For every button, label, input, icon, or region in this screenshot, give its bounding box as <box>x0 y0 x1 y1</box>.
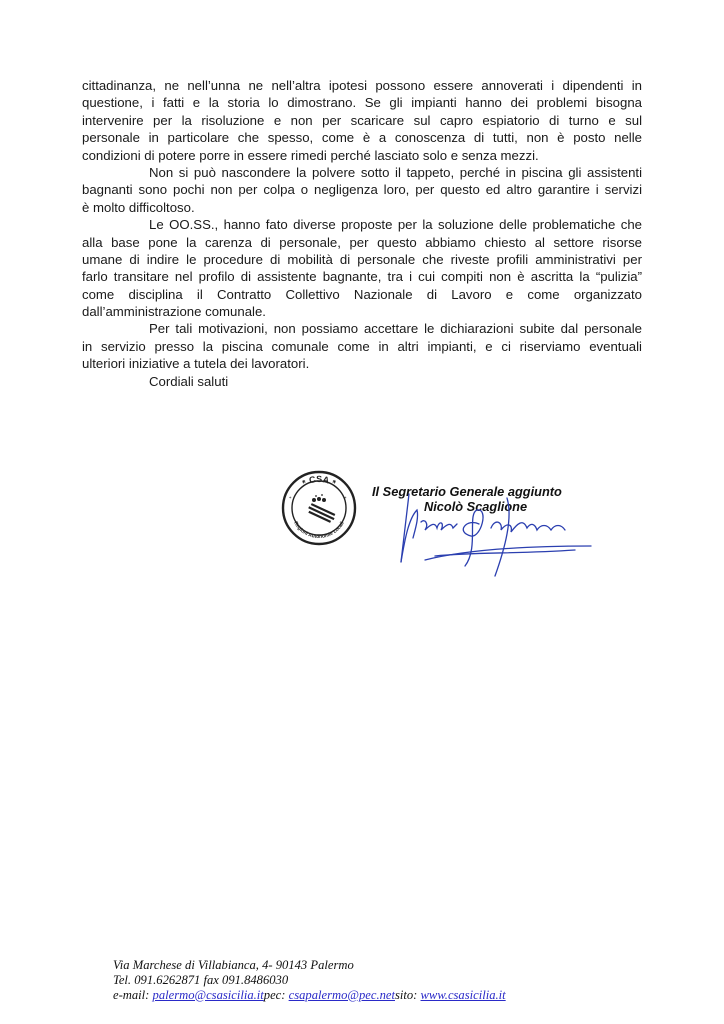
pec-link[interactable]: csapalermo@pec.net <box>289 988 395 1002</box>
paragraph-line: Cordiali saluti <box>82 373 642 390</box>
svg-text:*: * <box>289 497 292 502</box>
footer-address: Via Marchese di Villabianca, 4- 90143 Pa… <box>113 958 506 973</box>
paragraph-line: bagnanti sono pochi non per colpa o negl… <box>82 181 642 198</box>
paragraph-line: Non si può nascondere la polvere sotto i… <box>82 164 642 181</box>
footer-contacts: e-mail: palermo@csasicilia.itpec: csapal… <box>113 988 506 1003</box>
paragraph-line: umane di indire le procedure di mobilità… <box>82 251 642 268</box>
handwritten-signature-icon <box>395 488 595 578</box>
svg-text:*: * <box>344 497 347 502</box>
paragraph-line: ulteriori iniziative a tutela dei lavora… <box>82 355 642 372</box>
paragraph-line: condizioni di potere porre in essere rim… <box>82 147 642 164</box>
paragraph-line: Per tali motivazioni, non possiamo accet… <box>82 320 642 337</box>
site-label: sito: <box>395 988 421 1002</box>
paragraph-line: è molto difficoltoso. <box>82 199 642 216</box>
paragraph-line: questione, i fatti e la storia lo dimost… <box>82 94 642 111</box>
paragraph-line: cittadinanza, ne nell’unna ne nell’altra… <box>82 77 642 94</box>
letterhead-footer: Via Marchese di Villabianca, 4- 90143 Pa… <box>113 958 506 1002</box>
paragraph-line: in servizio presso la piscina comunale c… <box>82 338 642 355</box>
paragraph-line: Le OO.SS., hanno fato diverse proposte p… <box>82 216 642 233</box>
csa-stamp-icon: * CSA * Regioni Autonomie Locali * * <box>281 470 357 546</box>
svg-text:* CSA *: * CSA * <box>300 474 338 488</box>
footer-phone: Tel. 091.6262871 fax 091.8486030 <box>113 973 506 988</box>
site-link[interactable]: www.csasicilia.it <box>421 988 506 1002</box>
paragraph-line: personale in particolare che spesso, com… <box>82 129 642 146</box>
paragraph-line: alla base pone la carenza di personale, … <box>82 234 642 251</box>
letter-page: cittadinanza, ne nell’unna ne nell’altra… <box>0 0 724 1024</box>
paragraph-line: intervenire per la risoluzione e non per… <box>82 112 642 129</box>
paragraph-line: dall’amministrazione comunale. <box>82 303 642 320</box>
email-label: e-mail: <box>113 988 153 1002</box>
paragraph-line: farlo transitare nel profilo di assisten… <box>82 268 642 285</box>
paragraph-line: come disciplina il Contratto Collettivo … <box>82 286 642 303</box>
pec-label: pec: <box>264 988 289 1002</box>
letter-body: cittadinanza, ne nell’unna ne nell’altra… <box>82 77 642 390</box>
email-link[interactable]: palermo@csasicilia.it <box>153 988 264 1002</box>
svg-text:Regioni Autonomie Locali: Regioni Autonomie Locali <box>292 520 346 540</box>
